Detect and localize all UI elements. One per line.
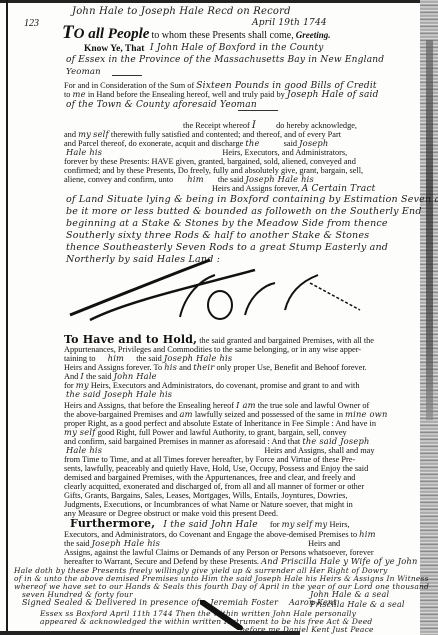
furthermore-line-4: hereafter to Warrant, Secure and Defend …: [64, 557, 418, 566]
land-line-3: beginning at a Stake & Stones by the Mea…: [66, 219, 388, 228]
quiet-line-3: demised and bargained Premises, with the…: [64, 473, 355, 482]
furthermore-line-2: the said Joseph Hale his Heirs and: [64, 539, 340, 548]
heirs-assigns-line: Heirs and Assigns forever, A Certain Tra…: [212, 184, 376, 194]
know-ye: Know Ye, That: [84, 45, 144, 54]
land-line-5: thence Southeasterly Seven Rods to a gre…: [66, 243, 388, 252]
quiet-line-2: sents, lawfully, peaceably and quietly H…: [64, 464, 368, 473]
header-note: John Hale to Joseph Hale Recd on Record: [72, 7, 291, 16]
land-line-4: Southerly sixty three Rods & half to ano…: [66, 231, 369, 240]
land-line-2: be it more or less butted & bounded as f…: [66, 207, 422, 216]
grantor-line-1: I John Hale of Boxford in the County: [150, 44, 324, 53]
ink-blot: [200, 600, 250, 630]
top-page-edge: [0, 0, 420, 3]
payer-line-2: of the Town & County aforesaid Yeoman: [66, 101, 257, 110]
aliene-line: aliene, convey and confirm, unto him the…: [64, 175, 314, 184]
heirs-line: Hale his Heirs, Executors, and Administr…: [66, 148, 347, 157]
habendum-line-10: proper Right, as a good perfect and abso…: [64, 419, 376, 428]
grantor-line-2: of Essex in the Province of the Massachu…: [66, 56, 384, 65]
habendum-line-12: and confirm, said bargained Premises in …: [64, 437, 370, 446]
deed-page: 123 John Hale to Joseph Hale Recd on Rec…: [0, 0, 438, 635]
land-line-1: of Land Situate lying & being in Boxford…: [66, 195, 438, 204]
parcel-line: and Parcel thereof, do exonerate, acquit…: [64, 139, 328, 148]
signature-priscilla-hale: Priscilla Hale & a seal: [310, 600, 405, 609]
receipt-line: the Receipt whereof I do hereby acknowle…: [183, 121, 357, 130]
grantor-line-3: Yeoman: [66, 68, 101, 77]
forever-line: forever by these Presents: HAVE given, g…: [64, 157, 356, 166]
habendum-line-4: Heirs and Assigns forever. To his and th…: [64, 363, 367, 372]
habendum-line-8: Heirs and Assigns, that before the Ensea…: [64, 401, 369, 410]
decorative-flourish: [60, 255, 370, 325]
blank-line: [238, 110, 278, 111]
quiet-line-1: from Time to Time, and at all Times fore…: [64, 455, 355, 464]
consideration-paid-line: to me in Hand before the Ensealing hereo…: [64, 90, 379, 100]
quiet-line-5: Gifts, Grants, Bargains, Sales, Leases, …: [64, 491, 348, 500]
habendum-line-9: the above-bargained Premises and am lawf…: [64, 410, 388, 419]
deed-title: TO all People to whom these Presents sha…: [62, 25, 331, 44]
signed-line: Signed Sealed & Delivered in presence of…: [22, 598, 337, 607]
left-margin-rule: [6, 0, 8, 635]
confirmed-line: confirmed; and by these Presents, Do fre…: [64, 166, 363, 175]
page-number: 123: [24, 18, 39, 29]
habendum-line-7: the said Joseph Hale his: [66, 390, 172, 399]
binding-shadow: [426, 40, 433, 420]
quiet-line-6: Judgments, Executions, or Incumbrances o…: [64, 500, 353, 509]
quiet-line-0: Hale his Heirs and Assigns, shall and ma…: [66, 446, 374, 455]
signature-john-hale: John Hale & a seal: [310, 590, 389, 599]
quiet-line-4: clearly acquitted, exonerated and discha…: [64, 482, 364, 491]
blank-line: [112, 75, 142, 76]
ack-line-3: before me Daniel Kent Just Peace: [240, 625, 374, 634]
